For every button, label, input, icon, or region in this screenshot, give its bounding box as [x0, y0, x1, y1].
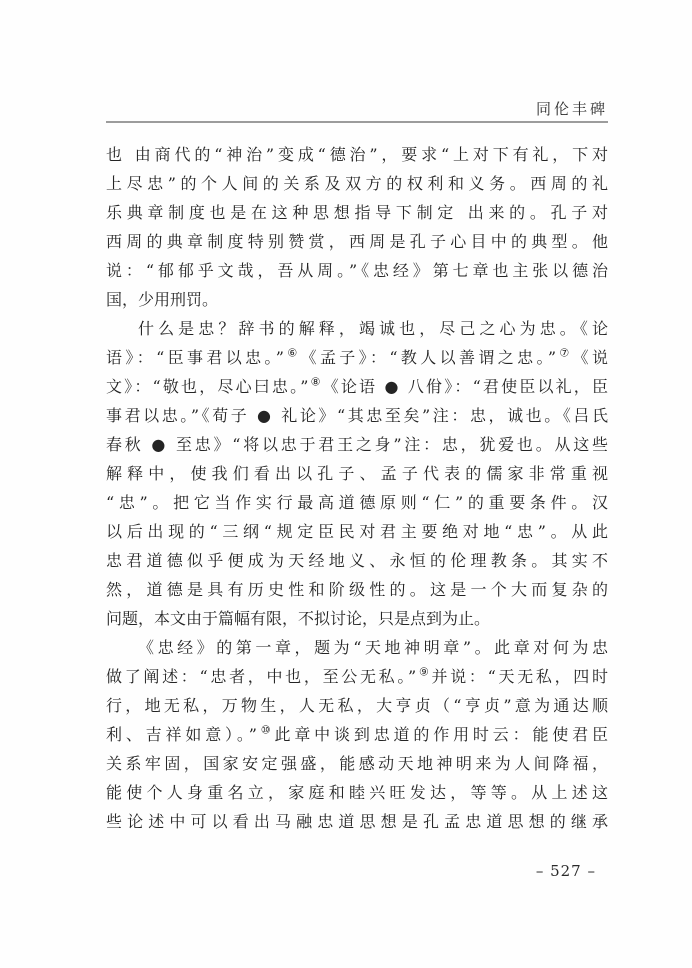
text-line: 西周的典章制度特别赞赏，西周是孔子心目中的典型。他: [106, 227, 608, 256]
text-line: 春秋 ● 至忠》“将以忠于君王之身”注：忠，犹爱也。从这些: [106, 430, 608, 459]
text-line: 说：“郁郁乎文哉，吾从周。”《忠经》第七章也主张以德治: [106, 256, 608, 285]
text-line: 关系牢固，国家安定强盛，能感动天地神明来为人间降福，: [106, 749, 608, 778]
text-line: “忠”。把它当作实行最高道德原则“仁”的重要条件。汉: [106, 488, 608, 517]
text-line: 上尽忠”的个人间的关系及双方的权利和义务。西周的礼: [106, 169, 608, 198]
text-line: 什么是忠？辞书的解释，竭诚也，尽己之心为忠。《论: [106, 314, 608, 343]
text-line: 行，地无私，万物生，人无私，大亨贞（“亨贞”意为通达顺: [106, 691, 608, 720]
text-column: 同伦丰碑 也 由商代的“神治”变成“德治”，要求“上对下有礼，下对上尽忠”的个人…: [106, 0, 608, 880]
text-line: 事君以忠。”《荀子 ● 礼论》“其忠至矣”注：忠，诚也。《吕氏: [106, 401, 608, 430]
text-line: 解释中，使我们看出以孔子、孟子代表的儒家非常重视: [106, 459, 608, 488]
body-text: 也 由商代的“神治”变成“德治”，要求“上对下有礼，下对上尽忠”的个人间的关系及…: [106, 140, 608, 836]
footnote-marker: ⑩: [257, 724, 275, 737]
running-header: 同伦丰碑: [106, 100, 608, 118]
text-line: 《忠经》的第一章，题为“天地神明章”。此章对何为忠: [106, 633, 608, 662]
text-line: 语》：“臣事君以忠。”⑥《孟子》：“教人以善谓之忠。”⑦《说: [106, 343, 608, 372]
text-line: 利、吉祥如意）。”⑩此章中谈到忠道的作用时云：能使君臣: [106, 720, 608, 749]
text-line: 乐典章制度也是在这种思想指导下制定 出来的。孔子对: [106, 198, 608, 227]
running-header-title: 同伦丰碑: [536, 100, 608, 118]
text-line: 国，少用刑罚。: [106, 285, 608, 314]
text-line: 些论述中可以看出马融忠道思想是孔孟忠道思想的继承: [106, 807, 608, 836]
footnote-marker: ⑦: [556, 347, 573, 360]
footnote-marker: ⑨: [416, 666, 431, 679]
page-number: – 527 –: [106, 862, 608, 880]
text-line: 也 由商代的“神治”变成“德治”，要求“上对下有礼，下对: [106, 140, 608, 169]
text-line: 以后出现的“三纲“规定臣民对君主要绝对地“忠”。从此: [106, 517, 608, 546]
book-page: 同伦丰碑 也 由商代的“神治”变成“德治”，要求“上对下有礼，下对上尽忠”的个人…: [0, 0, 692, 968]
text-line: 能使个人身重名立，家庭和睦兴旺发达，等等。从上述这: [106, 778, 608, 807]
text-line: 文》：“敬也，尽心曰忠。”⑧《论语 ● 八佾》：“君使臣以礼，臣: [106, 372, 608, 401]
header-rule: [106, 121, 608, 123]
footnote-marker: ⑥: [284, 347, 301, 360]
text-line: 问题，本文由于篇幅有限，不拟讨论，只是点到为止。: [106, 604, 608, 633]
text-line: 然，道德是具有历史性和阶级性的。这是一个大而复杂的: [106, 575, 608, 604]
text-line: 忠君道德似乎便成为天经地义、永恒的伦理教条。其实不: [106, 546, 608, 575]
footnote-marker: ⑧: [308, 376, 322, 389]
text-line: 做了阐述：“忠者，中也，至公无私。”⑨并说：“天无私，四时: [106, 662, 608, 691]
